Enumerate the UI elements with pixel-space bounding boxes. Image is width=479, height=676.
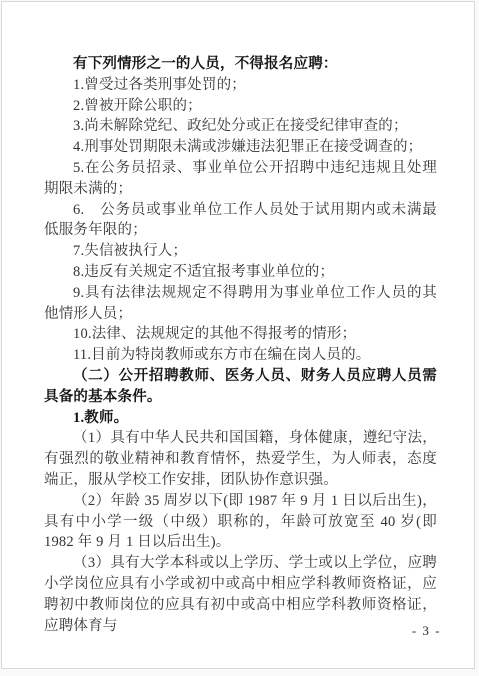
body-paragraph: 8.违反有关规定不适宜报考事业单位的； [44,262,437,283]
body-paragraph: （3）具有大学本科或以上学历、学士或以上学位，应聘小学岗位应具有小学或初中或高中… [44,553,437,636]
body-paragraph: 9.具有法律法规规定不得聘用为事业单位工作人员的其他情形人员； [44,283,437,325]
heading-paragraph: （二）公开招聘教师、医务人员、财务人员应聘人员需具备的基本条件。 [44,366,437,408]
body-paragraph: （2）年龄 35 周岁以下(即 1987 年 9 月 1 日以后出生)，具有中小… [44,491,437,553]
document-content: 有下列情形之一的人员，不得报名应聘：1.曾受过各类刑事处罚的；2.曾被开除公职的… [44,54,437,636]
body-paragraph: 3.尚未解除党纪、政纪处分或正在接受纪律审查的； [44,116,437,137]
heading-paragraph: 有下列情形之一的人员，不得报名应聘： [44,54,437,75]
body-paragraph: 7.失信被执行人； [44,241,437,262]
body-paragraph: 11.目前为特岗教师或东方市在编在岗人员的。 [44,345,437,366]
body-paragraph: 1.曾受过各类刑事处罚的； [44,75,437,96]
document-viewport: { "page": { "footer_page_number": "- 3 -… [0,0,479,676]
body-paragraph: 5.在公务员招录、事业单位公开招聘中违纪违规且处理期限未满的； [44,158,437,200]
body-paragraph: 10.法律、法规规定的其他不得报考的情形； [44,324,437,345]
page-number: - 3 - [412,623,441,639]
body-paragraph: 6. 公务员或事业单位工作人员处于试用期内或未满最低服务年限的； [44,200,437,242]
body-paragraph: 4.刑事处罚期限未满或涉嫌违法犯罪正在接受调查的； [44,137,437,158]
body-paragraph: （1）具有中华人民共和国国籍，身体健康，遵纪守法，有强烈的敬业精神和教育情怀，热… [44,428,437,490]
heading-paragraph: 1.教师。 [44,408,437,429]
body-paragraph: 2.曾被开除公职的； [44,96,437,117]
document-page: 有下列情形之一的人员，不得报名应聘：1.曾受过各类刑事处罚的；2.曾被开除公职的… [1,1,475,669]
